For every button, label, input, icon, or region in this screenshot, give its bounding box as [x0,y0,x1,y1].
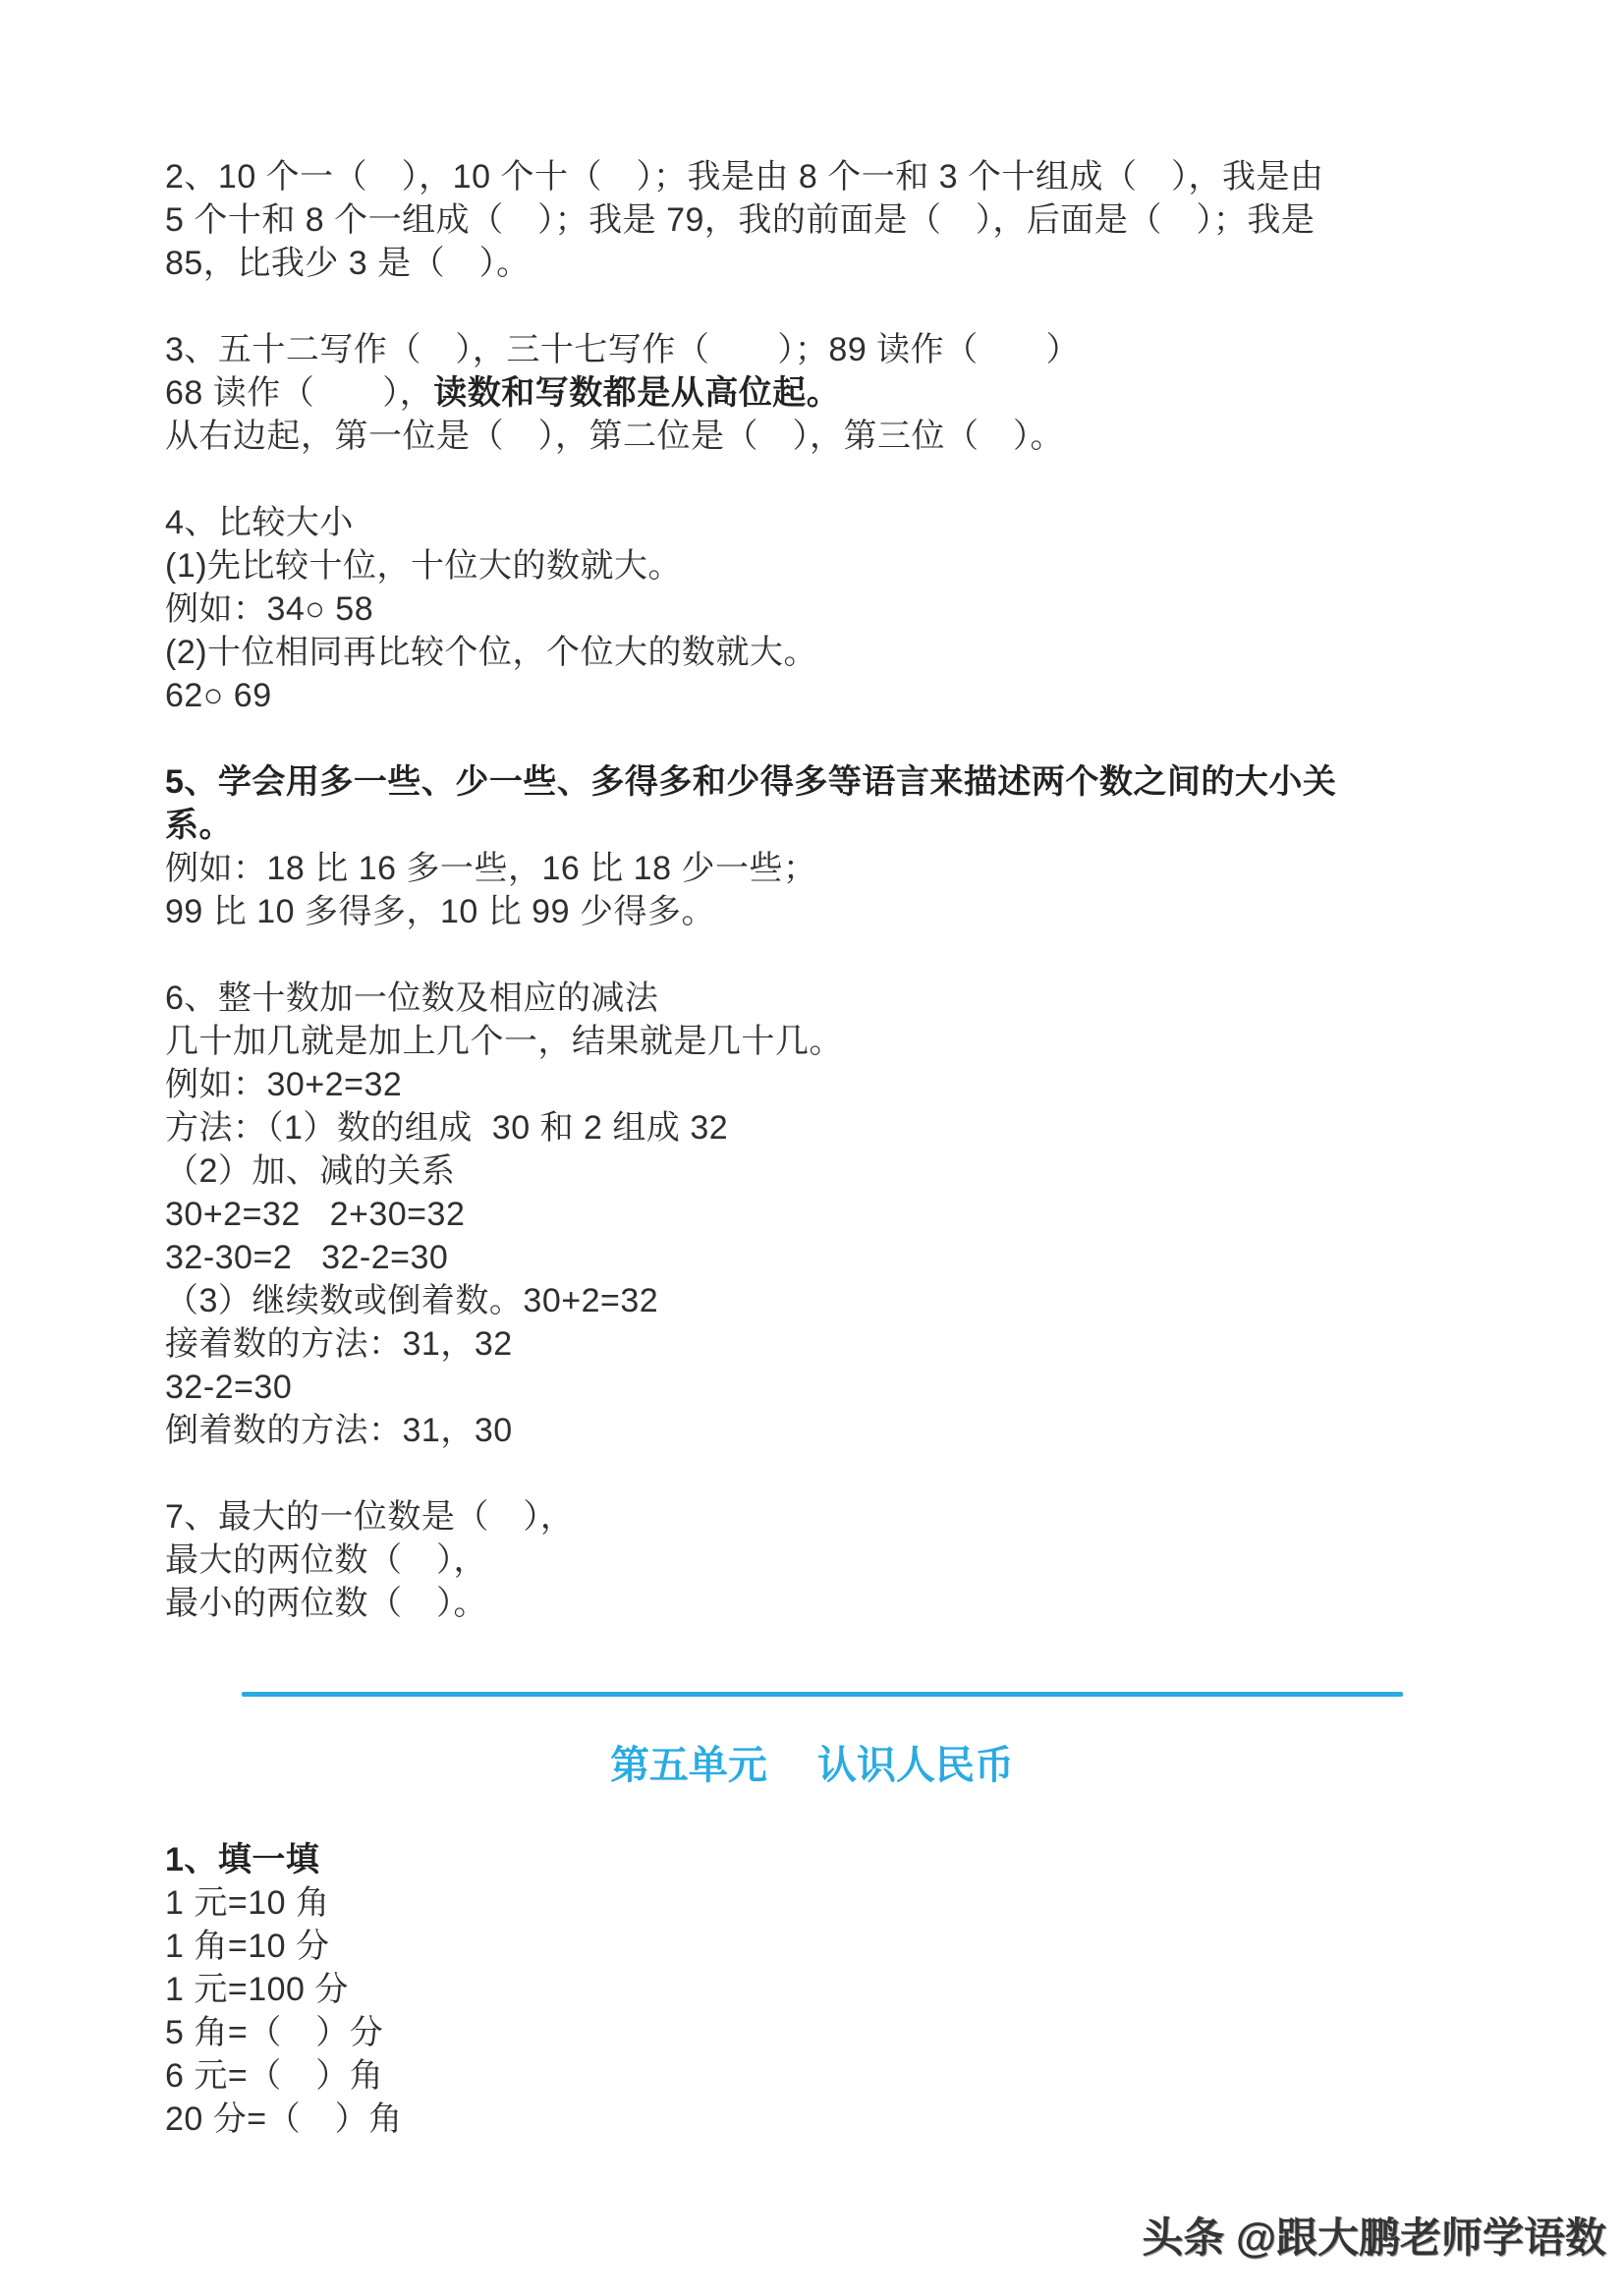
section-read-write-numbers: 3、五十二写作（ ），三十七写作（ ）；89 读作（ ） 68 读作（ ），读数… [165,328,1624,458]
text-line: 30+2=32 2+30=32 [165,1193,1624,1236]
text-line: 20 分=（ ）角 [165,2098,1624,2141]
text-line: 例如：18 比 16 多一些，16 比 18 少一些； [165,847,1624,890]
section-compare-size: 4、比较大小 (1)先比较十位，十位大的数就大。 例如：34○ 58 (2)十位… [165,501,1624,717]
text-line: 接着数的方法：31，32 [165,1322,1624,1366]
text-line: 85，比我少 3 是（ ）。 [165,242,1624,285]
text-line: 4、比较大小 [165,501,1624,544]
section-max-min-numbers: 7、最大的一位数是（ ）， 最大的两位数（ ）， 最小的两位数（ ）。 [165,1495,1624,1625]
text-line: 99 比 10 多得多，10 比 99 少得多。 [165,890,1624,933]
text-line: 3、五十二写作（ ），三十七写作（ ）；89 读作（ ） [165,328,1624,371]
section-tens-plus-ones: 6、整十数加一位数及相应的减法 几十加几就是加上几个一，结果就是几十几。 例如：… [165,977,1624,1452]
text-line: 从右边起，第一位是（ ），第二位是（ ），第三位（ ）。 [165,415,1624,458]
text-line: （3）继续数或倒着数。30+2=32 [165,1279,1624,1322]
text-line: 方法：（1）数的组成 30 和 2 组成 32 [165,1106,1624,1149]
text-line: (1)先比较十位，十位大的数就大。 [165,544,1624,588]
text-line: 最小的两位数（ ）。 [165,1582,1624,1625]
text-line: 32-2=30 [165,1366,1624,1409]
notes-content: 2、10 个一（ ），10 个十（ ）；我是由 8 个一和 3 个十组成（ ），… [0,0,1624,1625]
text-run: 68 读作（ ）， [165,374,433,412]
text-run-bold: 读数和写数都是从高位起。 [433,374,840,412]
text-line: 6 元=（ ）角 [165,2054,1624,2098]
text-line: 例如：34○ 58 [165,588,1624,631]
worksheet-page: 2、10 个一（ ），10 个十（ ）；我是由 8 个一和 3 个十组成（ ），… [0,0,1624,2296]
text-line: 1 元=10 角 [165,1881,1624,1925]
text-line: 5 个十和 8 个一组成（ ）；我是 79，我的前面是（ ），后面是（ ）；我是 [165,198,1624,242]
unit-heading: 第五单元 认识人民币 [0,1742,1624,1789]
text-line: （2）加、减的关系 [165,1149,1624,1193]
text-line: 倒着数的方法：31，30 [165,1409,1624,1452]
text-line: 68 读作（ ），读数和写数都是从高位起。 [165,371,1624,415]
text-line: 最大的两位数（ ）， [165,1539,1624,1582]
section-fill-in-money: 1、填一填 1 元=10 角 1 角=10 分 1 元=100 分 5 角=（ … [165,1838,1624,2141]
text-line: 6、整十数加一位数及相应的减法 [165,977,1624,1020]
watermark: 头条 @跟大鹏老师学语数 [1142,2215,1606,2261]
text-line: 32-30=2 32-2=30 [165,1236,1624,1279]
text-line-bold: 系。 [165,804,1624,847]
text-line: 62○ 69 [165,674,1624,717]
text-line-bold: 1、填一填 [165,1838,1624,1881]
money-section: 1、填一填 1 元=10 角 1 角=10 分 1 元=100 分 5 角=（ … [0,1838,1624,2141]
section-divider [242,1692,1403,1697]
section-more-less-language: 5、学会用多一些、少一些、多得多和少得多等语言来描述两个数之间的大小关 系。 例… [165,760,1624,933]
text-line: (2)十位相同再比较个位，个位大的数就大。 [165,631,1624,674]
text-line-bold: 5、学会用多一些、少一些、多得多和少得多等语言来描述两个数之间的大小关 [165,760,1624,804]
text-line: 例如：30+2=32 [165,1063,1624,1106]
text-line: 1 角=10 分 [165,1925,1624,1968]
text-line: 2、10 个一（ ），10 个十（ ）；我是由 8 个一和 3 个十组成（ ），… [165,155,1624,198]
section-number-composition: 2、10 个一（ ），10 个十（ ）；我是由 8 个一和 3 个十组成（ ），… [165,155,1624,285]
text-line: 几十加几就是加上几个一，结果就是几十几。 [165,1020,1624,1063]
text-line: 1 元=100 分 [165,1968,1624,2011]
text-line: 5 角=（ ）分 [165,2011,1624,2054]
text-line: 7、最大的一位数是（ ）， [165,1495,1624,1539]
